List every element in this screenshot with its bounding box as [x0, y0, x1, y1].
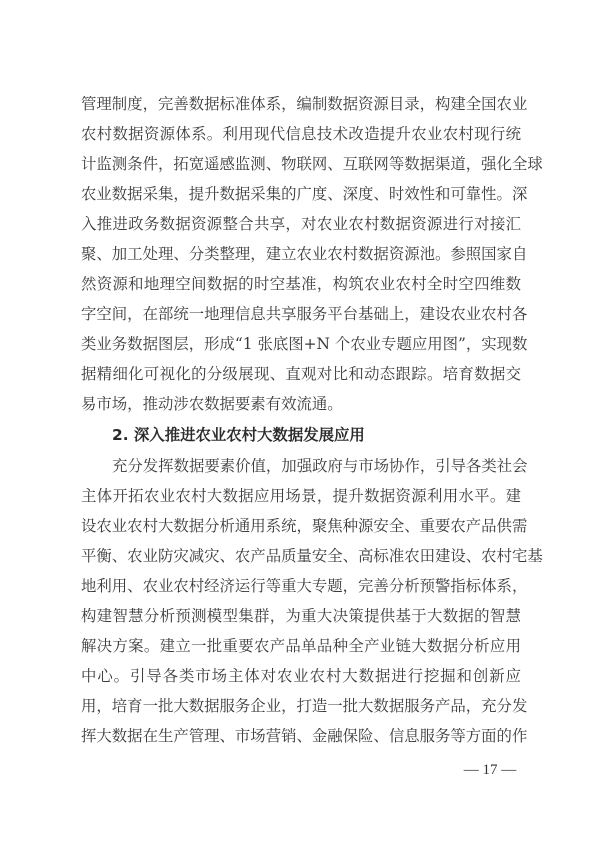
text-line: 平衡、农业防灾减灾、农产品质量安全、高标准农田建设、农村宅基 [81, 541, 521, 571]
text-line: 设农业农村大数据分析通用系统，聚焦种源安全、重要农产品供需 [81, 511, 521, 541]
text-line: 类业务数据图层，形成“1 张底图+N 个农业专题应用图”，实现数 [81, 329, 521, 359]
text-line: 挥大数据在生产管理、市场营销、金融保险、信息服务等方面的作 [81, 721, 521, 751]
paragraph-big-data-application: 充分发挥数据要素价值，加强政府与市场协作，引导各类社会 主体开拓农业农村大数据应… [81, 451, 521, 751]
text-line: 管理制度，完善数据标准体系，编制数据资源目录，构建全国农业 [81, 89, 521, 119]
text-line: 农村数据资源体系。利用现代信息技术改造提升农业农村现行统 [81, 119, 521, 149]
page-number: — 17 — [455, 762, 525, 779]
text-line: 易市场，推动涉农数据要素有效流通。 [81, 389, 521, 419]
text-line: 农业数据采集，提升数据采集的广度、深度、时效性和可靠性。深 [81, 179, 521, 209]
text-line: 构建智慧分析预测模型集群，为重大决策提供基于大数据的智慧 [81, 601, 521, 631]
paragraph-data-resources: 管理制度，完善数据标准体系，编制数据资源目录，构建全国农业 农村数据资源体系。利… [81, 89, 521, 419]
text-line: 据精细化可视化的分级展现、直观对比和动态跟踪。培育数据交 [81, 359, 521, 389]
text-line: 聚、加工处理、分类整理，建立农业农村数据资源池。参照国家自 [81, 239, 521, 269]
text-line: 地利用、农业农村经济运行等重大专题，完善分析预警指标体系， [81, 571, 521, 601]
text-line: 计监测条件，拓宽遥感监测、物联网、互联网等数据渠道，强化全球 [81, 149, 521, 179]
body-text: 管理制度，完善数据标准体系，编制数据资源目录，构建全国农业 农村数据资源体系。利… [81, 89, 521, 751]
text-line: 解决方案。建立一批重要农产品单品种全产业链大数据分析应用 [81, 631, 521, 661]
section-heading: 2. 深入推进农业农村大数据发展应用 [81, 419, 521, 451]
text-line: 主体开拓农业农村大数据应用场景，提升数据资源利用水平。建 [81, 481, 521, 511]
text-line: 字空间，在部统一地理信息共享服务平台基础上，建设农业农村各 [81, 299, 521, 329]
text-line: 然资源和地理空间数据的时空基准，构筑农业农村全时空四维数 [81, 269, 521, 299]
text-line: 用，培育一批大数据服务企业，打造一批大数据服务产品，充分发 [81, 691, 521, 721]
text-line: 充分发挥数据要素价值，加强政府与市场协作，引导各类社会 [81, 451, 521, 481]
text-line: 入推进政务数据资源整合共享，对农业农村数据资源进行对接汇 [81, 209, 521, 239]
text-line: 中心。引导各类市场主体对农业农村大数据进行挖掘和创新应 [81, 661, 521, 691]
document-page: 管理制度，完善数据标准体系，编制数据资源目录，构建全国农业 农村数据资源体系。利… [0, 0, 600, 848]
